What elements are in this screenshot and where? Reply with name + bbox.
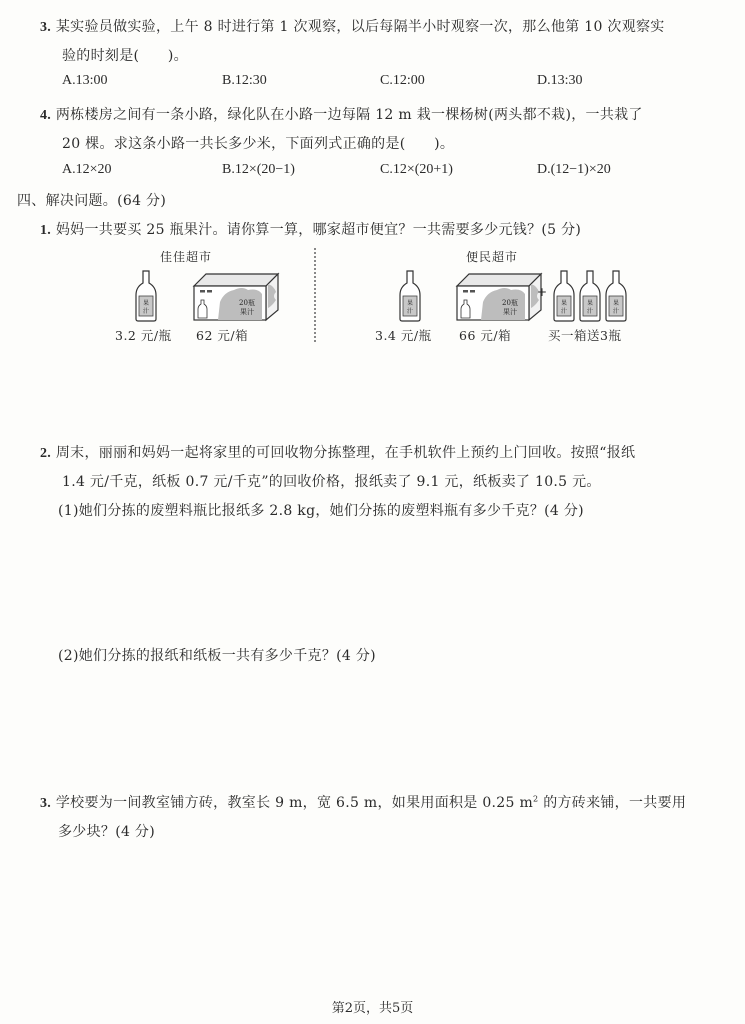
problem-2-line2: 1.4 元/千克，纸板 0.7 元/千克”的回收价格，报纸卖了 9.1 元，纸板…	[62, 471, 601, 491]
problem-2-line1: 2. 周末，丽丽和妈妈一起将家里的可回收物分拣整理，在手机软件上预约上门回收。按…	[40, 442, 635, 462]
svg-text:汁: 汁	[613, 307, 619, 315]
juice-box-icon: 20瓶 果汁	[192, 272, 280, 322]
juice-box-icon: 20瓶 果汁	[455, 272, 543, 322]
option-c: C.12:00	[380, 73, 425, 89]
option-a: A.13:00	[62, 73, 108, 89]
svg-text:20瓶: 20瓶	[239, 298, 255, 307]
svg-text:汁: 汁	[561, 307, 567, 315]
svg-text:果汁: 果汁	[240, 307, 254, 316]
bottle-price: 3.4 元/瓶	[375, 326, 432, 344]
option-c: C.12×(20+1)	[380, 162, 453, 178]
svg-text:汁: 汁	[143, 307, 149, 315]
box-price: 66 元/箱	[459, 326, 511, 344]
option-d: D.13:30	[537, 73, 583, 89]
svg-text:汁: 汁	[407, 307, 413, 315]
box-price: 62 元/箱	[196, 326, 248, 344]
svg-text:果: 果	[587, 299, 593, 307]
shop-name-jiajia: 佳佳超市	[160, 248, 212, 265]
svg-text:果: 果	[613, 299, 619, 307]
problem-number: 3.	[40, 796, 51, 811]
svg-text:20瓶: 20瓶	[502, 298, 518, 307]
problem-1-text: 1. 妈妈一共要买 25 瓶果汁。请你算一算，哪家超市便宜？一共需要多少元钱？(…	[40, 219, 581, 239]
page-number: 第2页，共5页	[0, 997, 745, 1016]
problem-3-line2: 多少块？(4 分)	[58, 821, 155, 841]
juice-bottle-icon: 果 汁	[134, 270, 158, 322]
problem-2-sub1: (1)她们分拣的废塑料瓶比报纸多 2.8 kg，她们分拣的废塑料瓶有多少千克？(…	[58, 500, 584, 520]
juice-bottle-icon: 果 汁	[578, 270, 602, 322]
problem-2-sub2: (2)她们分拣的报纸和纸板一共有多少千克？(4 分)	[58, 645, 376, 665]
svg-text:果: 果	[561, 299, 567, 307]
option-d: D.(12−1)×20	[537, 162, 611, 178]
svg-text:果: 果	[407, 299, 413, 307]
problem-text: 周末，丽丽和妈妈一起将家里的可回收物分拣整理，在手机软件上预约上门回收。按照“报…	[56, 445, 635, 461]
bottle-price: 3.2 元/瓶	[115, 326, 172, 344]
plus-sign: +	[537, 285, 548, 299]
divider	[314, 248, 316, 342]
question-number: 3.	[40, 20, 51, 35]
svg-text:汁: 汁	[587, 307, 593, 315]
problem-number: 2.	[40, 446, 51, 461]
section-title: 四、解决问题。(64 分)	[17, 190, 166, 210]
juice-bottle-icon: 果 汁	[398, 270, 422, 322]
question-4-line2: 20 棵。求这条小路一共长多少米，下面列式正确的是( )。	[62, 133, 454, 153]
problem-3-line1: 3. 学校要为一间教室铺方砖，教室长 9 m，宽 6.5 m，如果用面积是 0.…	[40, 792, 686, 812]
juice-bottle-icon: 果 汁	[552, 270, 576, 322]
question-text: 两栋楼房之间有一条小路，绿化队在小路一边每隔 12 m 栽一棵杨树(两头都不栽)…	[56, 107, 643, 123]
question-number: 4.	[40, 108, 51, 123]
promo-text: 买一箱送3瓶	[548, 326, 621, 344]
option-b: B.12×(20−1)	[222, 162, 295, 178]
problem-text-cont: 的方砖来铺，一共要用	[538, 795, 686, 811]
svg-text:果: 果	[143, 299, 149, 307]
juice-bottle-icon: 果 汁	[604, 270, 628, 322]
question-3-line2: 验的时刻是( )。	[62, 45, 188, 65]
question-4-line1: 4. 两栋楼房之间有一条小路，绿化队在小路一边每隔 12 m 栽一棵杨树(两头都…	[40, 104, 643, 124]
svg-text:果汁: 果汁	[503, 307, 517, 316]
option-b: B.12:30	[222, 73, 267, 89]
option-a: A.12×20	[62, 162, 112, 178]
question-3-line1: 3. 某实验员做实验，上午 8 时进行第 1 次观察，以后每隔半小时观察一次，那…	[40, 16, 665, 36]
question-text: 某实验员做实验，上午 8 时进行第 1 次观察，以后每隔半小时观察一次，那么他第…	[56, 19, 665, 35]
problem-text: 妈妈一共要买 25 瓶果汁。请你算一算，哪家超市便宜？一共需要多少元钱？(5 分…	[56, 222, 581, 238]
problem-text: 学校要为一间教室铺方砖，教室长 9 m，宽 6.5 m，如果用面积是 0.25 …	[56, 795, 533, 811]
problem-number: 1.	[40, 223, 51, 238]
shop-name-bianmin: 便民超市	[466, 248, 518, 265]
